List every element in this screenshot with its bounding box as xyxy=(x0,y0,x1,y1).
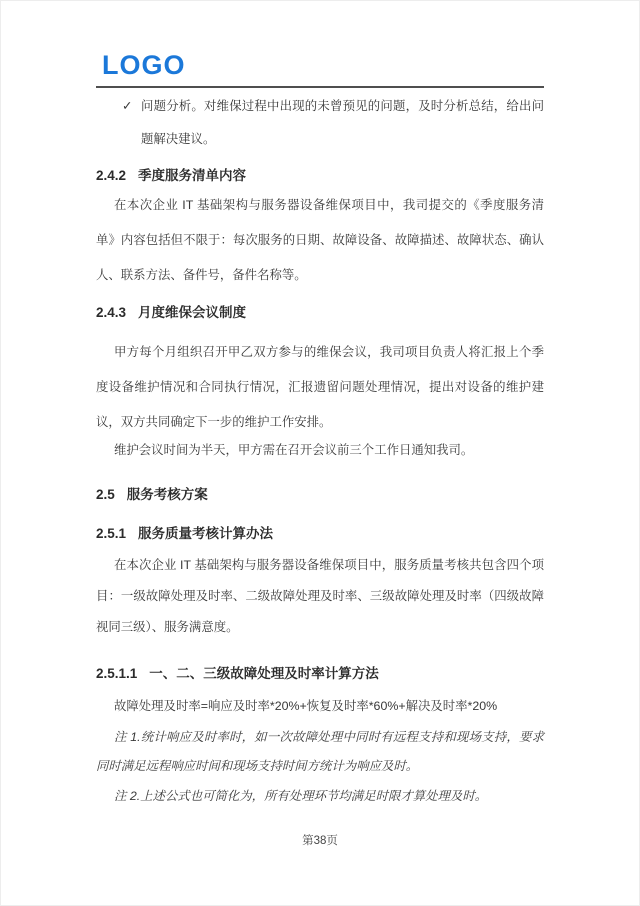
heading-2-5: 2.5服务考核方案 xyxy=(96,485,544,505)
page-number: 第38页 xyxy=(96,833,544,849)
heading-title: 一、二、三级故障处理及时率计算方法 xyxy=(149,666,379,681)
heading-number: 2.5.1 xyxy=(96,524,126,544)
paragraph-quarterly-service-list: 在本次企业 IT 基础架构与服务器设备维保项目中，我司提交的《季度服务清单》内容… xyxy=(96,188,544,293)
paragraph-monthly-meeting-2: 维护会议时间为半天，甲方需在召开会议前三个工作日通知我司。 xyxy=(96,434,544,467)
heading-title: 季度服务清单内容 xyxy=(138,168,246,183)
heading-title: 月度维保会议制度 xyxy=(138,305,246,320)
heading-number: 2.4.3 xyxy=(96,303,126,323)
heading-2-4-3: 2.4.3月度维保会议制度 xyxy=(96,303,544,323)
checkmark-icon: ✓ xyxy=(122,90,132,123)
bullet-item-problem-analysis: ✓ 问题分析。对维保过程中出现的未曾预见的问题，及时分析总结，给出问题解决建议。 xyxy=(96,90,544,156)
company-logo: LOGO xyxy=(102,50,544,80)
heading-title: 服务考核方案 xyxy=(127,487,208,502)
heading-title: 服务质量考核计算办法 xyxy=(138,526,273,541)
formula-timeliness-rate: 故障处理及时率=响应及时率*20%+恢复及时率*60%+解决及时率*20% xyxy=(96,691,544,721)
bullet-text: 问题分析。对维保过程中出现的未曾预见的问题，及时分析总结，给出问题解决建议。 xyxy=(141,99,544,146)
note-1: 注 1.统计响应及时率时，如一次故障处理中同时有远程支持和现场支持，要求同时满足… xyxy=(96,723,544,781)
document-page: LOGO ✓ 问题分析。对维保过程中出现的未曾预见的问题，及时分析总结，给出问题… xyxy=(0,0,640,906)
note-2: 注 2.上述公式也可简化为，所有处理环节均满足时限才算处理及时。 xyxy=(96,782,544,811)
paragraph-monthly-meeting-1: 甲方每个月组织召开甲乙双方参与的维保会议，我司项目负责人将汇报上个季度设备维护情… xyxy=(96,335,544,440)
heading-2-5-1: 2.5.1服务质量考核计算办法 xyxy=(96,524,544,544)
header-divider xyxy=(96,86,544,88)
heading-number: 2.5 xyxy=(96,485,115,505)
paragraph-quality-assessment: 在本次企业 IT 基础架构与服务器设备维保项目中，服务质量考核共包含四个项目：一… xyxy=(96,550,544,643)
heading-2-5-1-1: 2.5.1.1一、二、三级故障处理及时率计算方法 xyxy=(96,664,544,684)
heading-number: 2.4.2 xyxy=(96,166,126,186)
heading-2-4-2: 2.4.2季度服务清单内容 xyxy=(96,166,544,186)
heading-number: 2.5.1.1 xyxy=(96,664,137,684)
